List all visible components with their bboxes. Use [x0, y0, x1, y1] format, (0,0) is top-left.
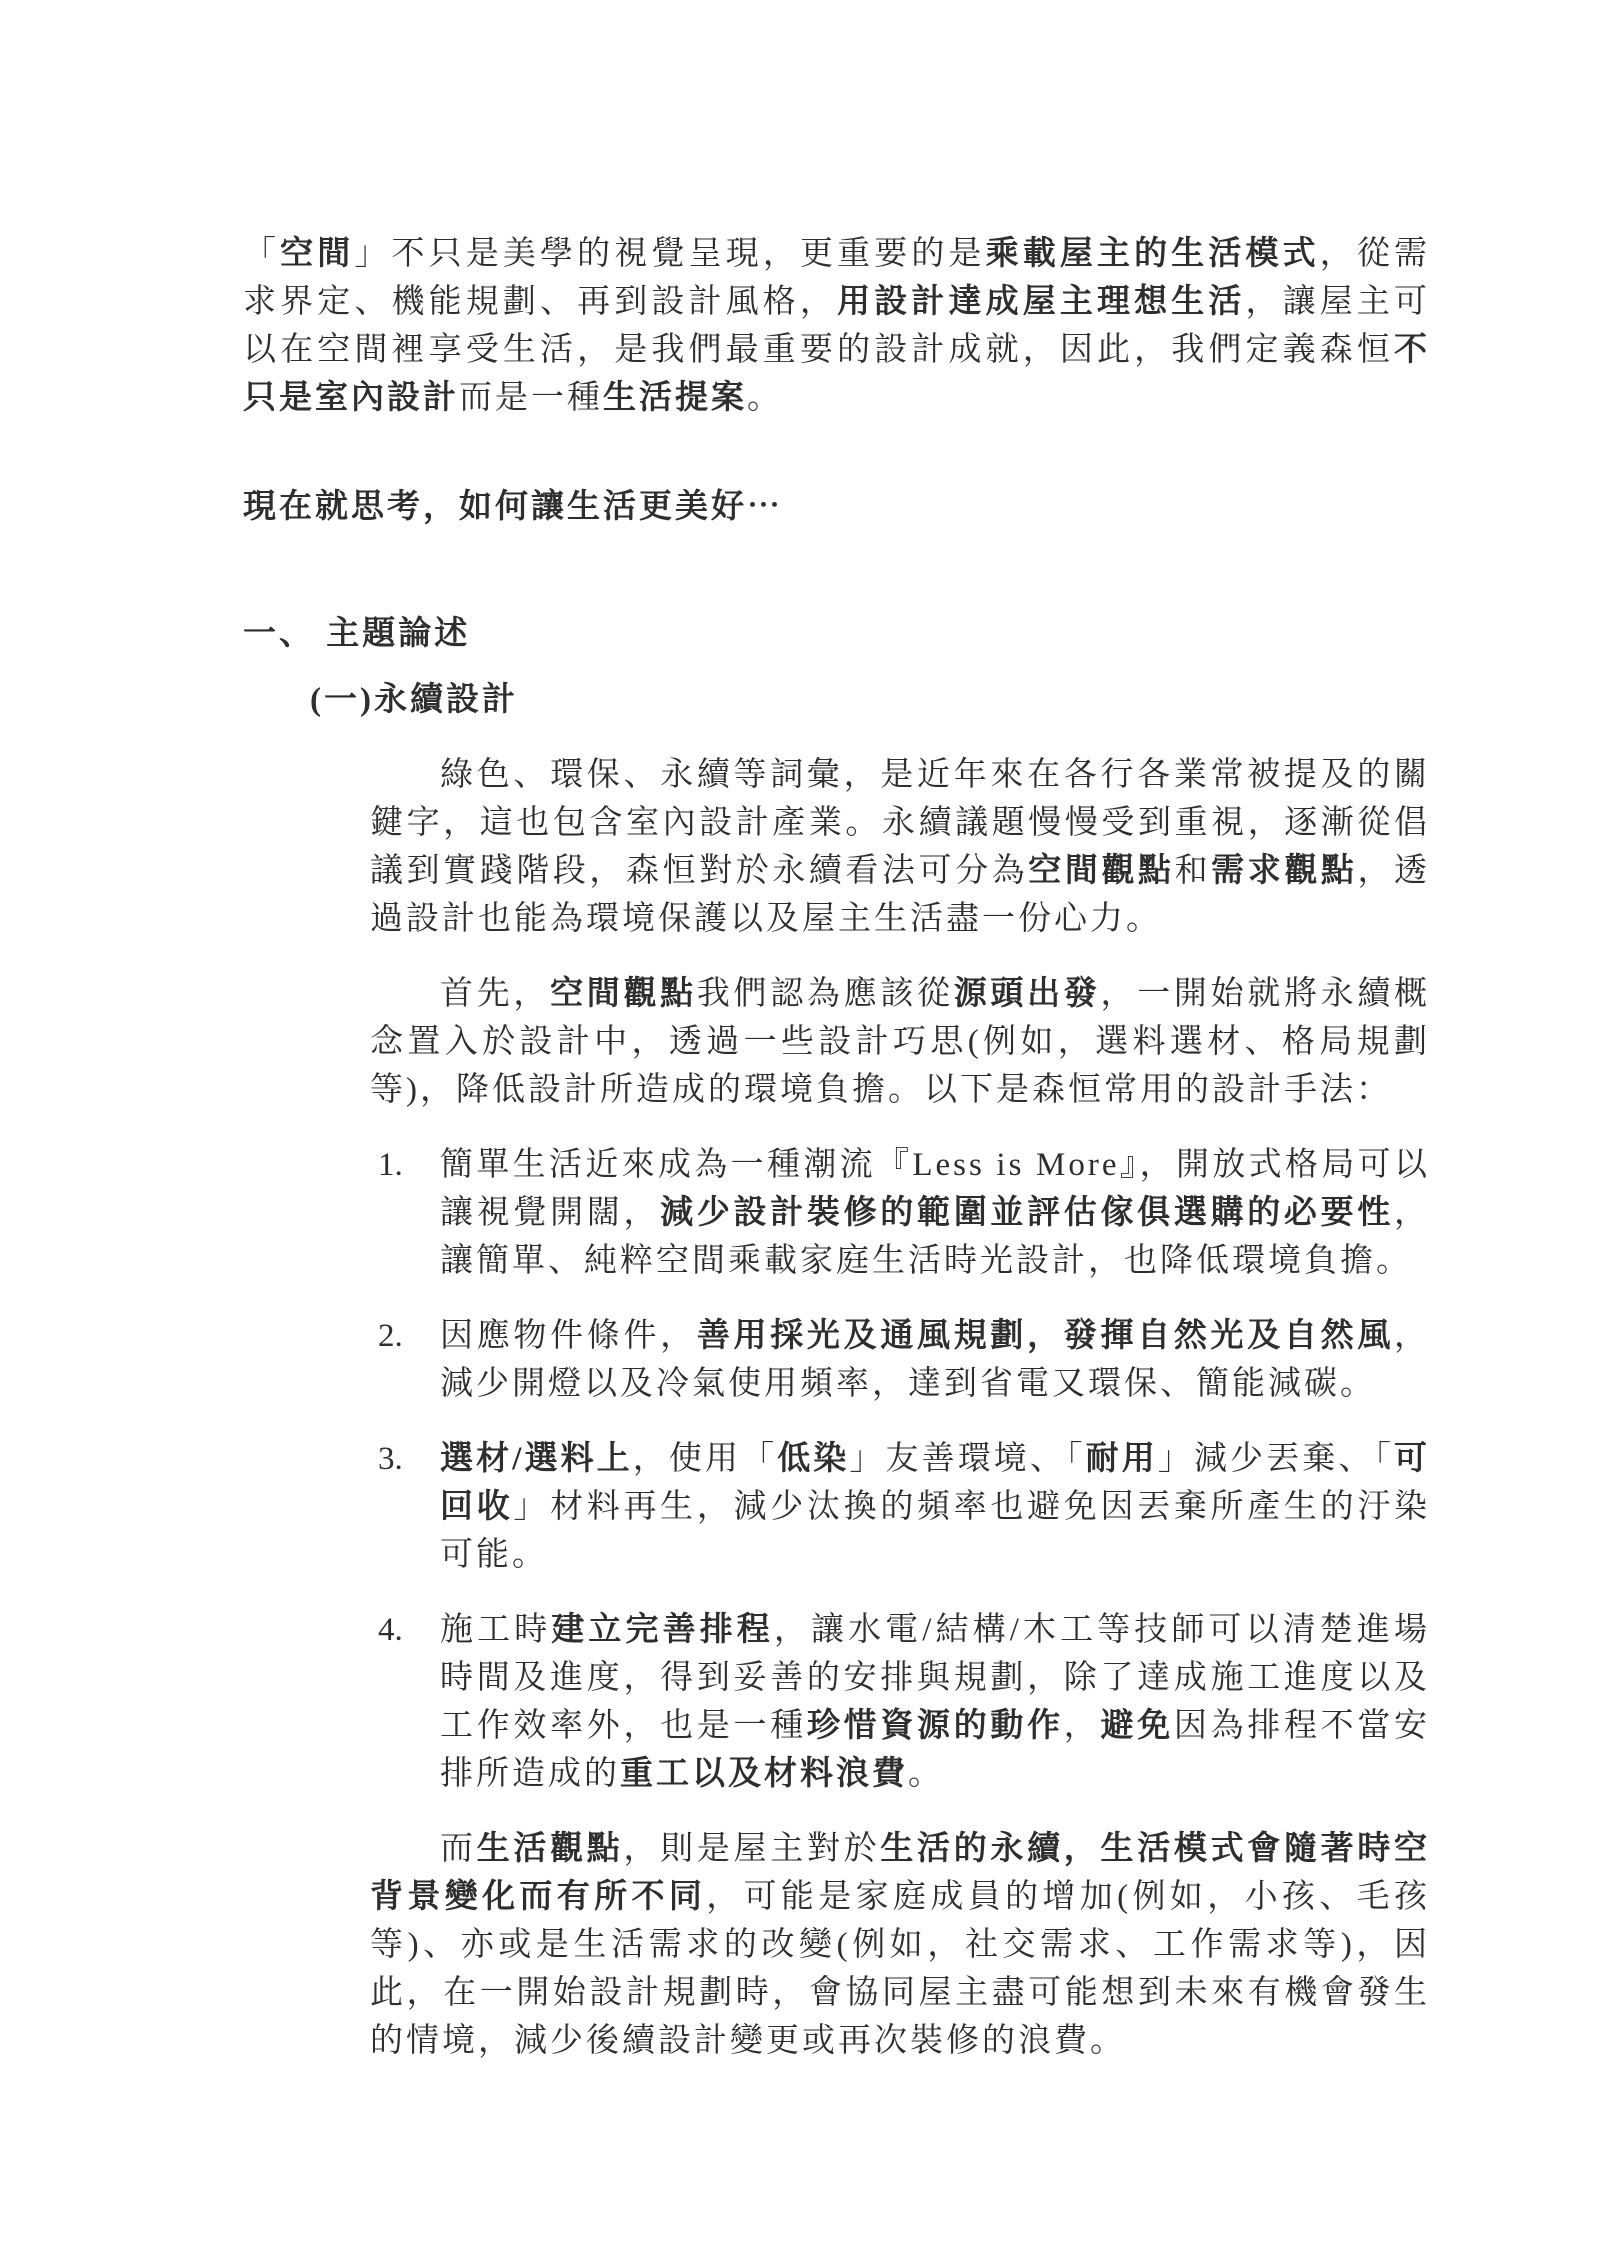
- design-methods-list: 1. 簡單生活近來成為一種潮流『Less is More』，開放式格局可以讓視覺…: [243, 1141, 1430, 1798]
- subsection-heading: (一)永續設計: [310, 676, 1430, 724]
- item-number: 4.: [378, 1606, 440, 1798]
- paragraph-sustainability-overview: 綠色、環保、永續等詞彙，是近年來在各行各業常被提及的關鍵字，這也包含室內設計產業…: [370, 751, 1430, 943]
- list-item: 1. 簡單生活近來成為一種潮流『Less is More』，開放式格局可以讓視覺…: [378, 1141, 1430, 1285]
- item-content: 選材/選料上，使用「低染」友善環境、「耐用」減少丟棄、「可回收」材料再生，減少汰…: [440, 1435, 1430, 1579]
- document-page: 「空間」不只是美學的視覺呈現，更重要的是乘載屋主的生活模式，從需求界定、機能規劃…: [0, 0, 1600, 2263]
- list-item: 3. 選材/選料上，使用「低染」友善環境、「耐用」減少丟棄、「可回收」材料再生，…: [378, 1435, 1430, 1579]
- paragraph-life-viewpoint: 而生活觀點，則是屋主對於生活的永續，生活模式會隨著時空背景變化而有所不同，可能是…: [370, 1825, 1430, 2065]
- item-content: 施工時建立完善排程，讓水電/結構/木工等技師可以清楚進場時間及進度，得到妥善的安…: [440, 1606, 1430, 1798]
- paragraph-space-viewpoint: 首先，空間觀點我們認為應該從源頭出發，一開始就將永續概念置入於設計中，透過一些設…: [370, 970, 1430, 1114]
- item-number: 1.: [378, 1141, 440, 1285]
- tagline: 現在就思考，如何讓生活更美好⋯: [243, 483, 1430, 531]
- list-item: 4. 施工時建立完善排程，讓水電/結構/木工等技師可以清楚進場時間及進度，得到妥…: [378, 1606, 1430, 1798]
- section-heading: 一、 主題論述: [243, 610, 1430, 658]
- item-content: 簡單生活近來成為一種潮流『Less is More』，開放式格局可以讓視覺開闊，…: [440, 1141, 1430, 1285]
- list-item: 2. 因應物件條件，善用採光及通風規劃，發揮自然光及自然風，減少開燈以及冷氣使用…: [378, 1312, 1430, 1408]
- item-number: 3.: [378, 1435, 440, 1579]
- item-number: 2.: [378, 1312, 440, 1408]
- intro-paragraph: 「空間」不只是美學的視覺呈現，更重要的是乘載屋主的生活模式，從需求界定、機能規劃…: [243, 230, 1430, 422]
- item-content: 因應物件條件，善用採光及通風規劃，發揮自然光及自然風，減少開燈以及冷氣使用頻率，…: [440, 1312, 1430, 1408]
